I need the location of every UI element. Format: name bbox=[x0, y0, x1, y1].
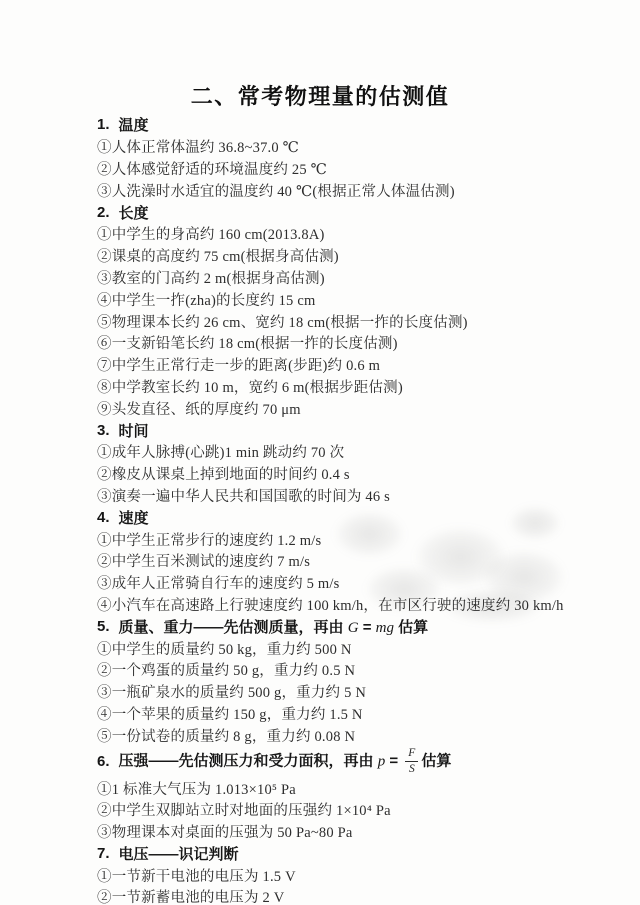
math-symbol: mg bbox=[376, 620, 394, 636]
document-page: 二、常考物理量的估测值 1. 温度 ①人体正常体温约 36.8~37.0 ℃②人… bbox=[0, 0, 640, 905]
heading-text-segment: 估算 bbox=[421, 753, 451, 770]
section-heading-text: 质量、重力——先估测质量，再由 G = mg 估算 bbox=[119, 616, 429, 637]
estimate-item: ⑧中学教室长约 10 m，宽约 6 m(根据步距估测) bbox=[0, 376, 640, 398]
estimate-item: ②橡皮从课桌上掉到地面的时间约 0.4 s bbox=[0, 463, 640, 485]
estimate-item: ③人洗澡时水适宜的温度约 40 ℃(根据正常人体温估测) bbox=[0, 179, 640, 201]
section-heading: 2. 长度 bbox=[0, 201, 640, 223]
estimate-item: ①1 标准大气压为 1.013×10⁵ Pa bbox=[0, 777, 640, 799]
section-items: ①人体正常体温约 36.8~37.0 ℃②人体感觉舒适的环境温度约 25 ℃③人… bbox=[0, 136, 640, 201]
estimate-item: ②人体感觉舒适的环境温度约 25 ℃ bbox=[0, 158, 640, 180]
section-heading-text: 压强——先估测压力和受力面积，再由 p = FS估算 bbox=[119, 747, 452, 776]
section-number: 6. bbox=[97, 753, 110, 770]
section: 2. 长度 ①中学生的身高约 160 cm(2013.8A)②课桌的高度约 75… bbox=[0, 201, 640, 419]
math-symbol: G bbox=[348, 620, 359, 636]
heading-text-segment: = bbox=[385, 753, 402, 770]
heading-text-segment: = bbox=[359, 619, 376, 636]
heading-text-segment: 压强——先估测压力和受力面积，再由 bbox=[119, 753, 378, 770]
section: 7. 电压——识记判断 ①一节新干电池的电压为 1.5 V②一节新蓄电池的电压为… bbox=[0, 843, 640, 905]
section-items: ①中学生的身高约 160 cm(2013.8A)②课桌的高度约 75 cm(根据… bbox=[0, 223, 640, 419]
section-heading: 5. 质量、重力——先估测质量，再由 G = mg 估算 bbox=[0, 615, 640, 637]
section-number: 5. bbox=[97, 618, 110, 635]
section: 6. 压强——先估测压力和受力面积，再由 p = FS估算 ①1 标准大气压为 … bbox=[0, 746, 640, 842]
section-heading: 1. 温度 bbox=[0, 114, 640, 136]
fraction: FS bbox=[405, 747, 418, 776]
estimate-item: ④小汽车在高速路上行驶速度约 100 km/h，在市区行驶的速度约 30 km/… bbox=[0, 594, 640, 616]
estimate-item: ①中学生正常步行的速度约 1.2 m/s bbox=[0, 528, 640, 550]
heading-text-segment: 时间 bbox=[119, 423, 149, 440]
estimate-item: ①中学生的身高约 160 cm(2013.8A) bbox=[0, 223, 640, 245]
section-items: ①一节新干电池的电压为 1.5 V②一节新蓄电池的电压为 2 V bbox=[0, 864, 640, 905]
section: 5. 质量、重力——先估测质量，再由 G = mg 估算 ①中学生的质量约 50… bbox=[0, 615, 640, 746]
section-number: 2. bbox=[97, 204, 110, 221]
estimate-item: ①人体正常体温约 36.8~37.0 ℃ bbox=[0, 136, 640, 158]
estimate-item: ④一个苹果的质量约 150 g，重力约 1.5 N bbox=[0, 703, 640, 725]
estimate-item: ①一节新干电池的电压为 1.5 V bbox=[0, 864, 640, 886]
estimate-item: ⑨头发直径、纸的厚度约 70 μm bbox=[0, 397, 640, 419]
section-number: 1. bbox=[97, 116, 110, 133]
section-items: ①中学生的质量约 50 kg，重力约 500 N②一个鸡蛋的质量约 50 g，重… bbox=[0, 637, 640, 746]
sections: 1. 温度 ①人体正常体温约 36.8~37.0 ℃②人体感觉舒适的环境温度约 … bbox=[0, 114, 640, 905]
section-items: ①成年人脉搏(心跳)1 min 跳动约 70 次②橡皮从课桌上掉到地面的时间约 … bbox=[0, 441, 640, 506]
heading-text-segment: 估算 bbox=[394, 619, 428, 636]
heading-text-segment: 速度 bbox=[119, 510, 149, 527]
section-heading-text: 速度 bbox=[119, 507, 149, 528]
section-heading: 4. 速度 bbox=[0, 506, 640, 528]
section-heading-text: 温度 bbox=[119, 114, 149, 135]
estimate-item: ②课桌的高度约 75 cm(根据身高估测) bbox=[0, 245, 640, 267]
heading-text-segment: 长度 bbox=[119, 205, 149, 222]
estimate-item: ③一瓶矿泉水的质量约 500 g，重力约 5 N bbox=[0, 681, 640, 703]
estimate-item: ②中学生双脚站立时对地面的压强约 1×10⁴ Pa bbox=[0, 799, 640, 821]
section-items: ①中学生正常步行的速度约 1.2 m/s②中学生百米测试的速度约 7 m/s③成… bbox=[0, 528, 640, 615]
estimate-item: ⑤物理课本长约 26 cm、宽约 18 cm(根据一拃的长度估测) bbox=[0, 310, 640, 332]
page-title: 二、常考物理量的估测值 bbox=[0, 0, 640, 110]
estimate-item: ④中学生一拃(zha)的长度约 15 cm bbox=[0, 288, 640, 310]
section-number: 4. bbox=[97, 509, 110, 526]
section-heading-text: 电压——识记判断 bbox=[119, 843, 239, 864]
section-heading-text: 时间 bbox=[119, 420, 149, 441]
estimate-item: ⑥一支新铅笔长约 18 cm(根据一拃的长度估测) bbox=[0, 332, 640, 354]
section-heading: 7. 电压——识记判断 bbox=[0, 843, 640, 865]
section-number: 7. bbox=[97, 845, 110, 862]
heading-text-segment: 电压——识记判断 bbox=[119, 846, 239, 863]
section-number: 3. bbox=[97, 422, 110, 439]
section-heading-text: 长度 bbox=[119, 202, 149, 223]
section-heading: 3. 时间 bbox=[0, 419, 640, 441]
heading-text-segment: 质量、重力——先估测质量，再由 bbox=[119, 619, 348, 636]
estimate-item: ⑦中学生正常行走一步的距离(步距)约 0.6 m bbox=[0, 354, 640, 376]
estimate-item: ③成年人正常骑自行车的速度约 5 m/s bbox=[0, 572, 640, 594]
section-items: ①1 标准大气压为 1.013×10⁵ Pa②中学生双脚站立时对地面的压强约 1… bbox=[0, 777, 640, 842]
section-heading: 6. 压强——先估测压力和受力面积，再由 p = FS估算 bbox=[0, 746, 640, 777]
estimate-item: ③物理课本对桌面的压强为 50 Pa~80 Pa bbox=[0, 821, 640, 843]
estimate-item: ⑤一份试卷的质量约 8 g，重力约 0.08 N bbox=[0, 724, 640, 746]
heading-text-segment: 温度 bbox=[119, 117, 149, 134]
estimate-item: ②一个鸡蛋的质量约 50 g，重力约 0.5 N bbox=[0, 659, 640, 681]
estimate-item: ②中学生百米测试的速度约 7 m/s bbox=[0, 550, 640, 572]
section: 1. 温度 ①人体正常体温约 36.8~37.0 ℃②人体感觉舒适的环境温度约 … bbox=[0, 114, 640, 201]
estimate-item: ③演奏一遍中华人民共和国国歌的时间为 46 s bbox=[0, 485, 640, 507]
estimate-item: ①成年人脉搏(心跳)1 min 跳动约 70 次 bbox=[0, 441, 640, 463]
section: 4. 速度 ①中学生正常步行的速度约 1.2 m/s②中学生百米测试的速度约 7… bbox=[0, 506, 640, 615]
section: 3. 时间 ①成年人脉搏(心跳)1 min 跳动约 70 次②橡皮从课桌上掉到地… bbox=[0, 419, 640, 506]
estimate-item: ①中学生的质量约 50 kg，重力约 500 N bbox=[0, 637, 640, 659]
estimate-item: ②一节新蓄电池的电压为 2 V bbox=[0, 886, 640, 905]
estimate-item: ③教室的门高约 2 m(根据身高估测) bbox=[0, 267, 640, 289]
